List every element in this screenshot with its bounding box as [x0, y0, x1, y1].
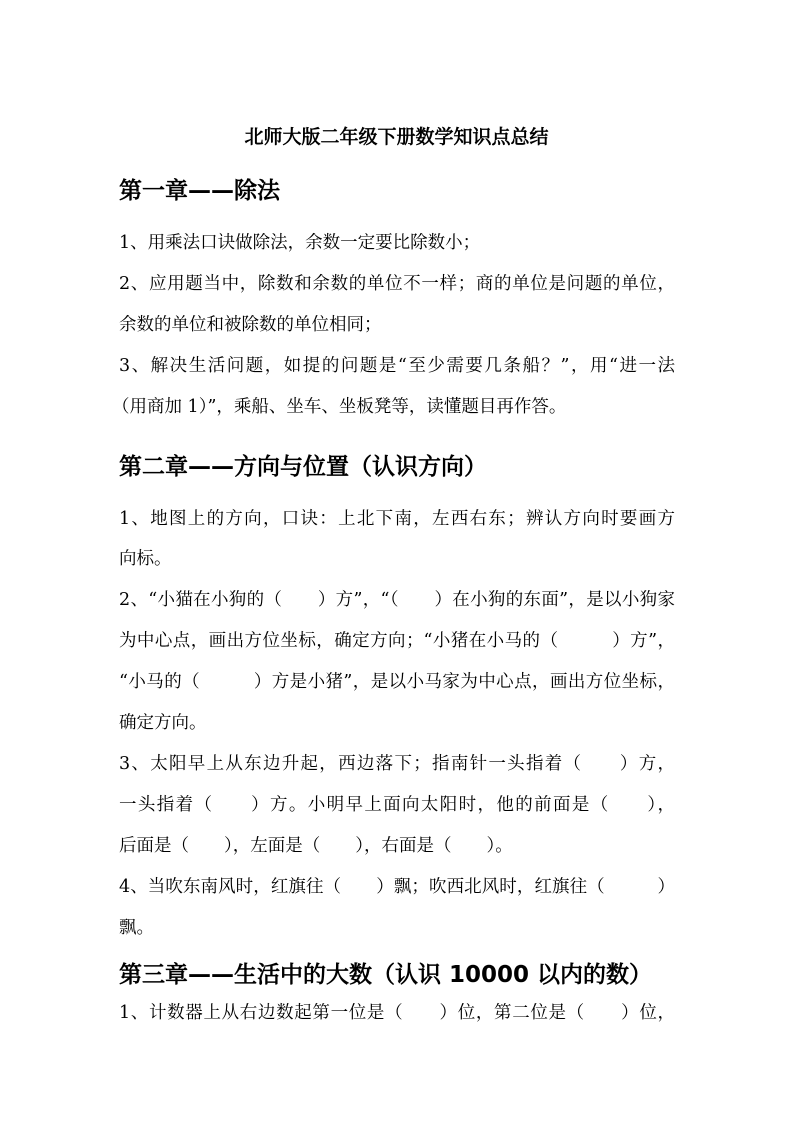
- paragraph-line: 飘。: [119, 917, 154, 939]
- paragraph-line: 向标。: [119, 548, 172, 570]
- chapter-3-heading: 第三章——生活中的大数（认识 10000 以内的数）: [119, 956, 652, 989]
- paragraph-line: 4、当吹东南风时，红旗往（ ）飘；吹西北风时，红旗往（ ）: [119, 876, 675, 898]
- paragraph-line: （用商加 1）”，乘船、坐车、坐板凳等，读懂题目再作答。: [112, 396, 566, 418]
- paragraph-line: 2、应用题当中，除数和余数的单位不一样；商的单位是问题的单位，: [119, 273, 675, 295]
- chapter-1-heading: 第一章——除法: [119, 172, 280, 205]
- paragraph-line: 后面是（ ），左面是（ ），右面是（ ）。: [119, 835, 513, 857]
- paragraph-line: 3、太阳早上从东边升起，西边落下；指南针一头指着（ ）方，: [119, 753, 675, 775]
- paragraph-line: 为中心点，画出方位坐标，确定方向；“小猪在小马的（ ）方”，: [119, 630, 675, 652]
- paragraph-line: 3、解决生活问题，如提的问题是“至少需要几条船？”，用“进一法: [119, 355, 675, 377]
- chapter-2-heading: 第二章——方向与位置（认识方向）: [119, 448, 487, 481]
- paragraph-line: 确定方向。: [119, 712, 207, 734]
- document-title: 北师大版二年级下册数学知识点总结: [0, 122, 793, 149]
- paragraph-line: 2、“小猫在小狗的（ ）方”，“（ ）在小狗的东面”，是以小狗家: [119, 589, 675, 611]
- paragraph-line: “小马的（ ）方是小猪”，是以小马家为中心点，画出方位坐标，: [119, 671, 675, 693]
- paragraph-line: 余数的单位和被除数的单位相同；: [119, 314, 382, 336]
- paragraph-line: 1、计数器上从右边数起第一位是（ ）位，第二位是（ ）位，: [119, 1002, 675, 1024]
- paragraph-line: 1、用乘法口诀做除法，余数一定要比除数小；: [119, 232, 480, 254]
- paragraph-line: 一头指着（ ）方。小明早上面向太阳时，他的前面是（ ），: [119, 794, 675, 816]
- paragraph-line: 1、地图上的方向，口诀：上北下南，左西右东；辨认方向时要画方: [119, 508, 675, 530]
